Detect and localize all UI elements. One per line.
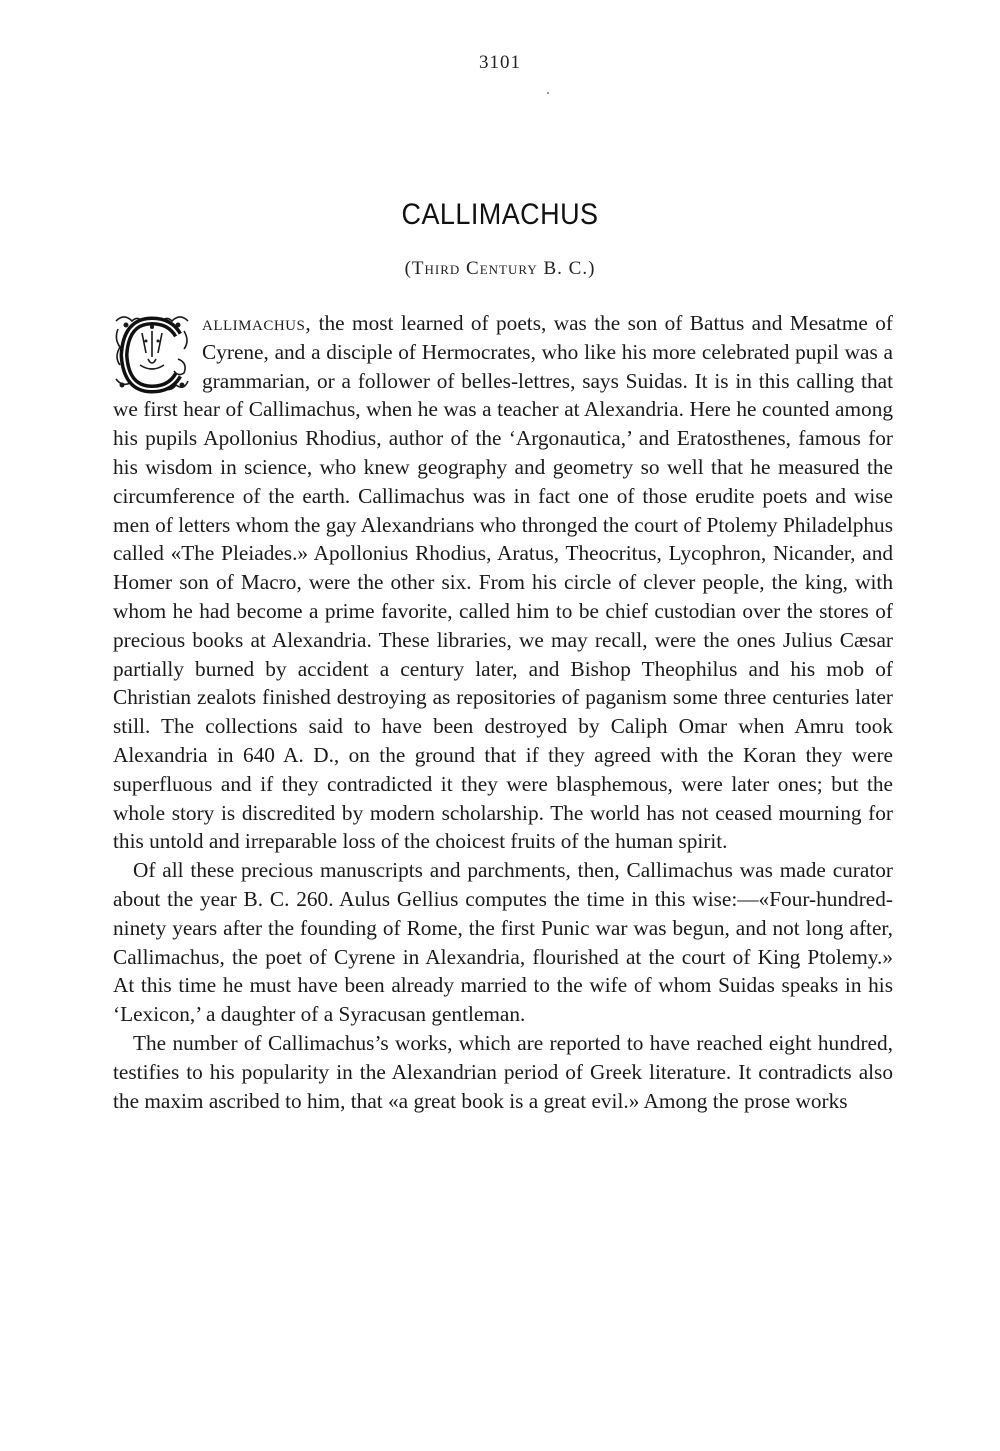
page-number: 3101 [0, 52, 1000, 74]
book-page: 3101 CALLIMACHUS (Third Century B. C.) [0, 0, 1000, 1451]
paragraph-2: Of all these precious manuscripts and pa… [113, 856, 893, 1029]
chapter-subtitle: (Third Century B. C.) [0, 258, 1000, 280]
chapter-title: CALLIMACHUS [50, 198, 950, 232]
paragraph-1: allimachus, the most learned of poets, w… [113, 309, 893, 856]
scan-speck [547, 92, 549, 94]
body-text: allimachus, the most learned of poets, w… [113, 309, 893, 1115]
opening-smallcaps: allimachus, [202, 311, 311, 335]
paragraph-3: The number of Callimachus’s works, which… [113, 1029, 893, 1115]
ornamental-initial-c-icon [112, 313, 192, 395]
paragraph-1-text: the most learned of poets, was the son o… [113, 311, 893, 853]
